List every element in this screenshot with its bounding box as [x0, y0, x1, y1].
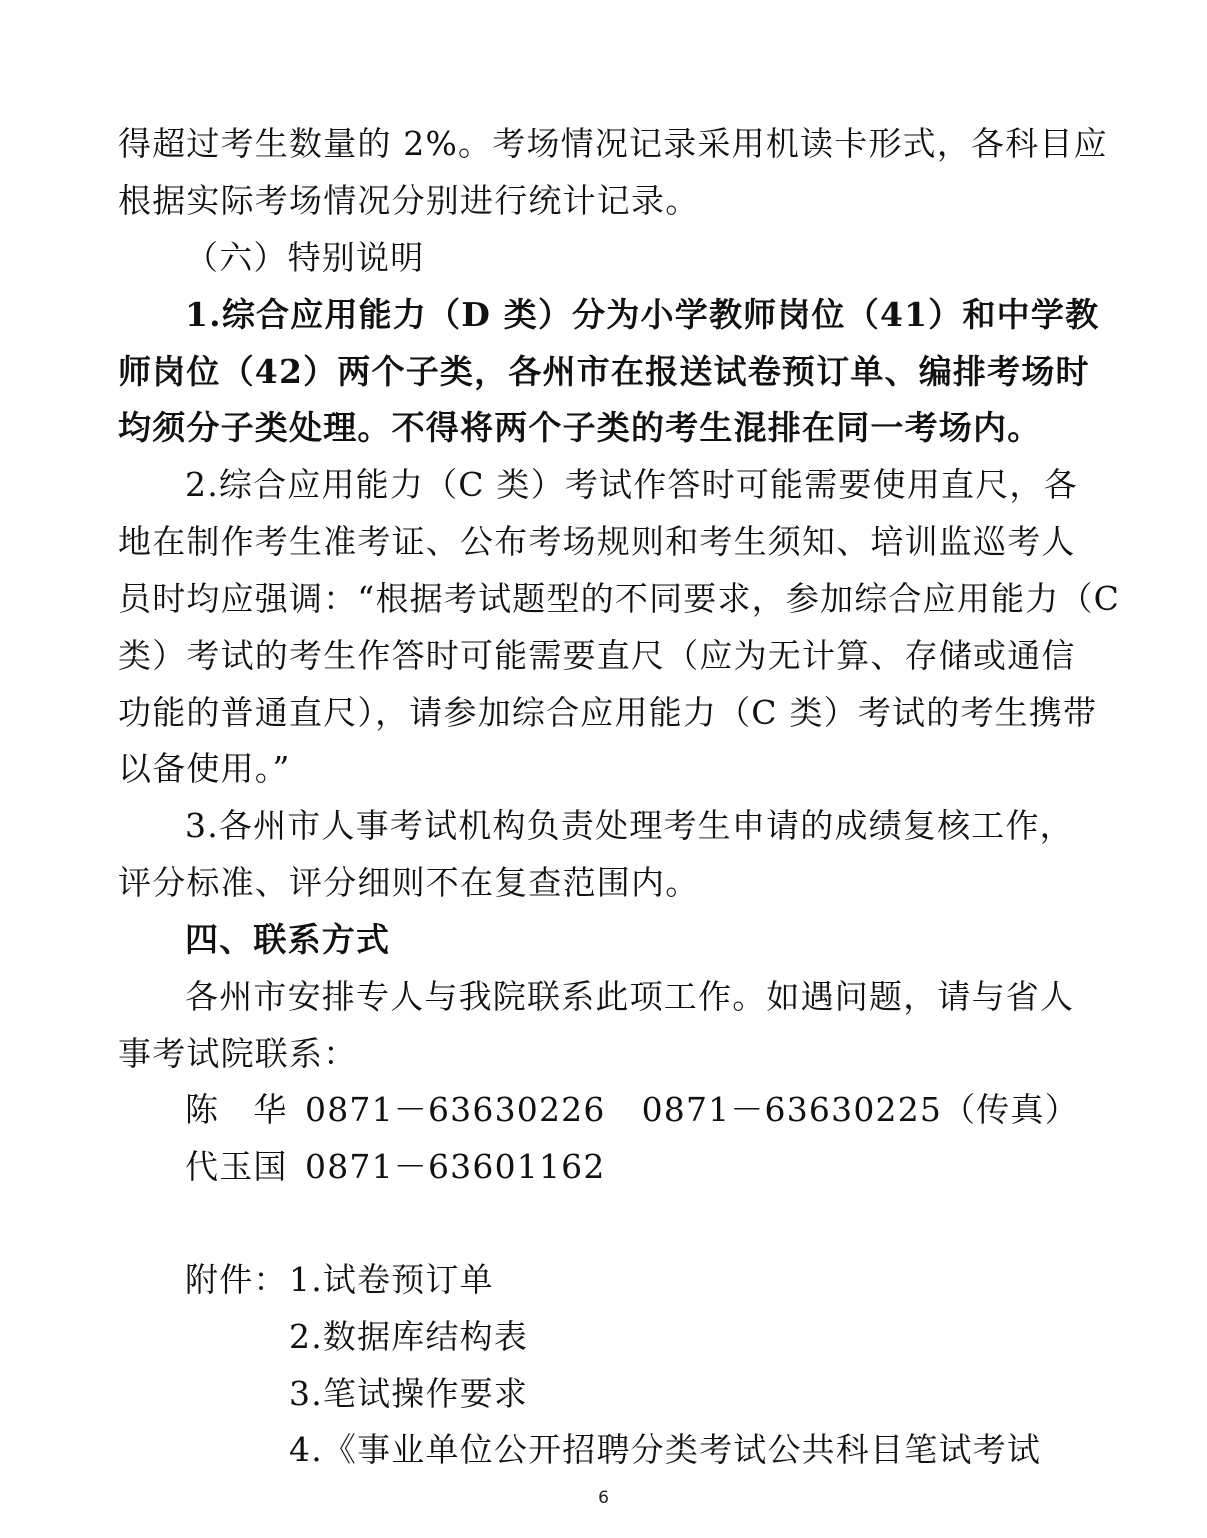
- note-item-2-line: 2.综合应用能力（C 类）考试作答时可能需要使用直尺，各: [185, 465, 1078, 505]
- note-item-3-line: 评分标准、评分细则不在复查范围内。: [118, 863, 699, 903]
- contact-fax: 0871－63630225（传真）: [642, 1090, 1079, 1129]
- paragraph-line: 根据实际考场情况分别进行统计记录。: [118, 181, 699, 221]
- section-heading-special-notes: （六）特别说明: [185, 238, 424, 278]
- attachment-item: 3.笔试操作要求: [289, 1374, 528, 1414]
- attachment-item: 1.试卷预订单: [289, 1260, 494, 1300]
- attachment-item: 2.数据库结构表: [289, 1317, 528, 1357]
- note-item-1-line: 师岗位（42）两个子类，各州市在报送试卷预订单、编排考场时: [118, 352, 1090, 392]
- contact-name: 代玉国: [185, 1147, 305, 1187]
- note-item-2-line: 类）考试的考生作答时可能需要直尺（应为无计算、存储或通信: [118, 636, 1076, 676]
- document-page: 得超过考生数量的 2%。考场情况记录采用机读卡形式，各科目应 根据实际考场情况分…: [0, 0, 1207, 1538]
- attachment-item: 4.《事业单位公开招聘分类考试公共科目笔试考试: [289, 1430, 1041, 1470]
- contact-name: 陈 华: [185, 1090, 305, 1130]
- contact-row: 代玉国0871－63601162: [185, 1147, 642, 1187]
- attachments-label: 附件：: [185, 1260, 288, 1300]
- contact-row: 陈 华0871－636302260871－63630225（传真）: [185, 1090, 1079, 1130]
- section-heading-contact: 四、联系方式: [185, 920, 390, 960]
- note-item-2-line: 功能的普通直尺），请参加综合应用能力（C 类）考试的考生携带: [118, 693, 1097, 733]
- note-item-1-line: 1.综合应用能力（D 类）分为小学教师岗位（41）和中学教: [185, 295, 1099, 335]
- paragraph-line: 得超过考生数量的 2%。考场情况记录采用机读卡形式，各科目应: [118, 124, 1108, 164]
- note-item-1-line: 均须分子类处理。不得将两个子类的考生混排在同一考场内。: [118, 408, 1041, 448]
- contact-intro-line: 各州市安排专人与我院联系此项工作。如遇问题，请与省人: [185, 977, 1074, 1017]
- note-item-2-line: 以备使用。”: [118, 749, 291, 789]
- page-number: 6: [0, 1488, 1207, 1508]
- contact-intro-line: 事考试院联系：: [118, 1034, 357, 1074]
- note-item-2-line: 地在制作考生准考证、公布考场规则和考生须知、培训监巡考人: [118, 522, 1076, 562]
- note-item-3-line: 3.各州市人事考试机构负责处理考生申请的成绩复核工作，: [185, 806, 1074, 846]
- contact-phone: 0871－63630226: [305, 1090, 606, 1130]
- contact-phone: 0871－63601162: [305, 1147, 606, 1187]
- note-item-2-line: 员时均应强调：“根据考试题型的不同要求，参加综合应用能力（C: [118, 579, 1120, 619]
